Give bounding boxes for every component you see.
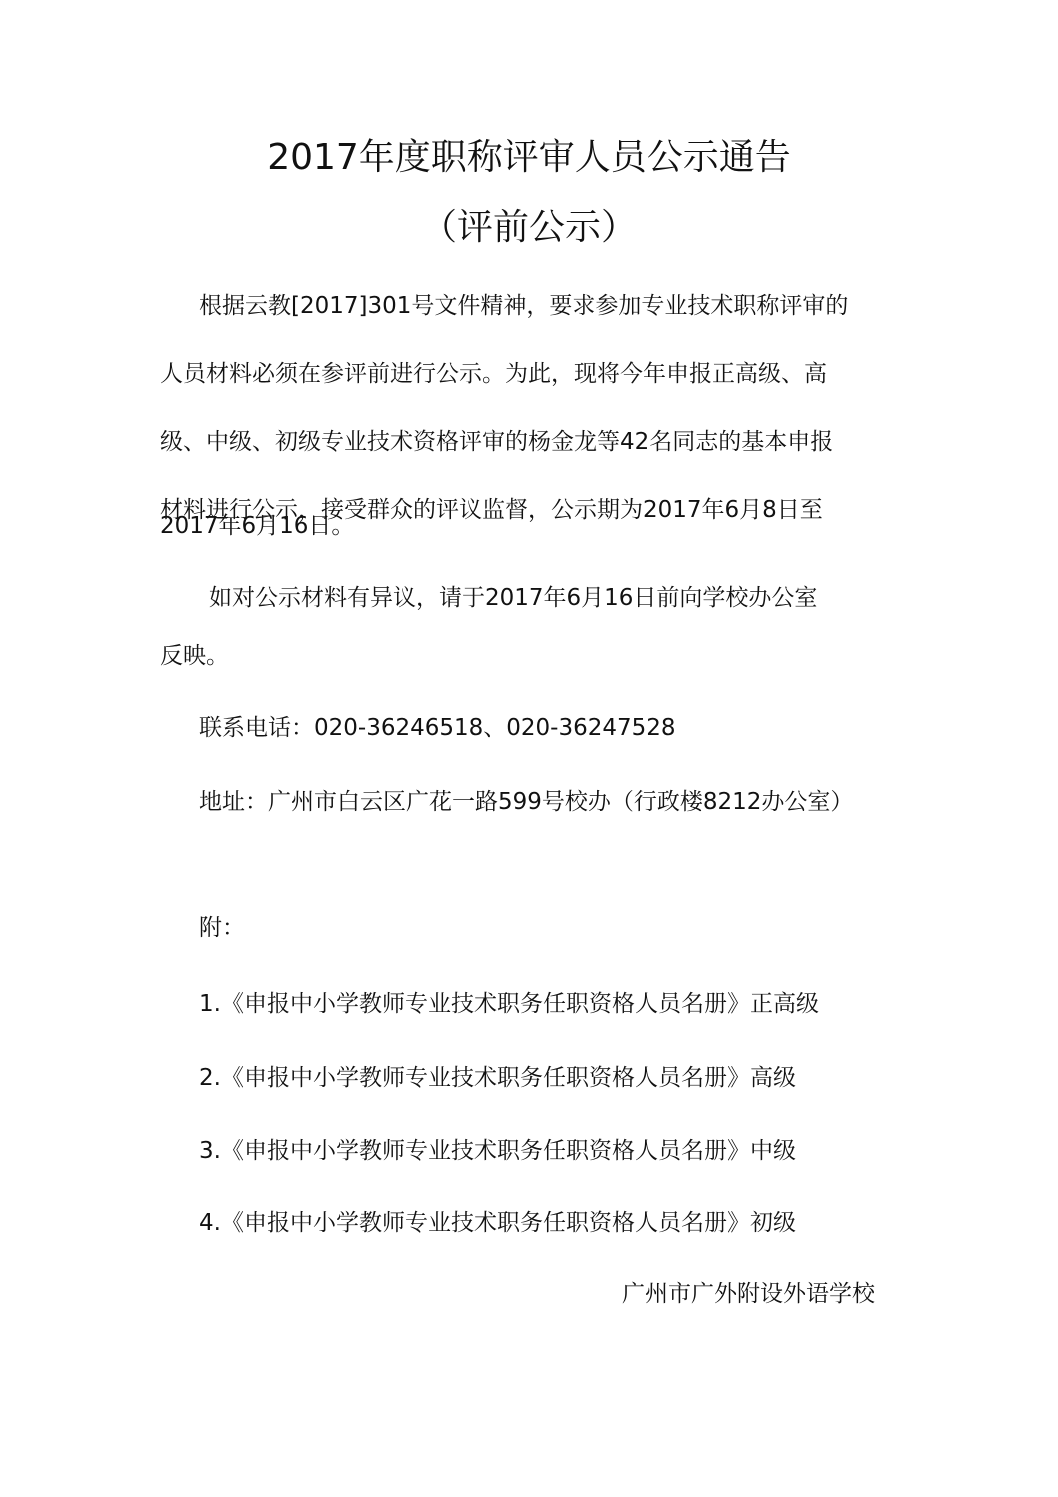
paragraph-line: 2017年6月16日。 xyxy=(160,510,354,542)
attachments-label: 附： xyxy=(199,912,245,944)
contact-phone: 联系电话：020-36246518、020-36247528 xyxy=(199,712,676,744)
attachment-item: 3.《申报中小学教师专业技术职务任职资格人员名册》中级 xyxy=(199,1135,796,1167)
attachment-item: 4.《申报中小学教师专业技术职务任职资格人员名册》初级 xyxy=(199,1207,796,1239)
paragraph-line: 人员材料必须在参评前进行公示。为此，现将今年申报正高级、高 xyxy=(160,358,827,390)
signature-organization: 广州市广外附设外语学校 xyxy=(622,1278,875,1310)
attachment-item: 1.《申报中小学教师专业技术职务任职资格人员名册》正高级 xyxy=(199,988,819,1020)
document-subtitle: （评前公示） xyxy=(0,206,1058,250)
document-page: 2017年度职称评审人员公示通告 （评前公示） 根据云教[2017]301号文件… xyxy=(0,0,1058,1497)
address: 地址：广州市白云区广花一路599号校办（行政楼8212办公室） xyxy=(199,786,853,818)
attachment-item: 2.《申报中小学教师专业技术职务任职资格人员名册》高级 xyxy=(199,1062,796,1094)
paragraph-line: 如对公示材料有异议，请于2017年6月16日前向学校办公室 xyxy=(209,582,817,614)
paragraph-line: 根据云教[2017]301号文件精神，要求参加专业技术职称评审的 xyxy=(199,290,848,322)
paragraph-line: 反映。 xyxy=(160,640,229,672)
paragraph-line: 级、中级、初级专业技术资格评审的杨金龙等42名同志的基本申报 xyxy=(160,426,833,458)
document-title: 2017年度职称评审人员公示通告 xyxy=(0,136,1058,180)
